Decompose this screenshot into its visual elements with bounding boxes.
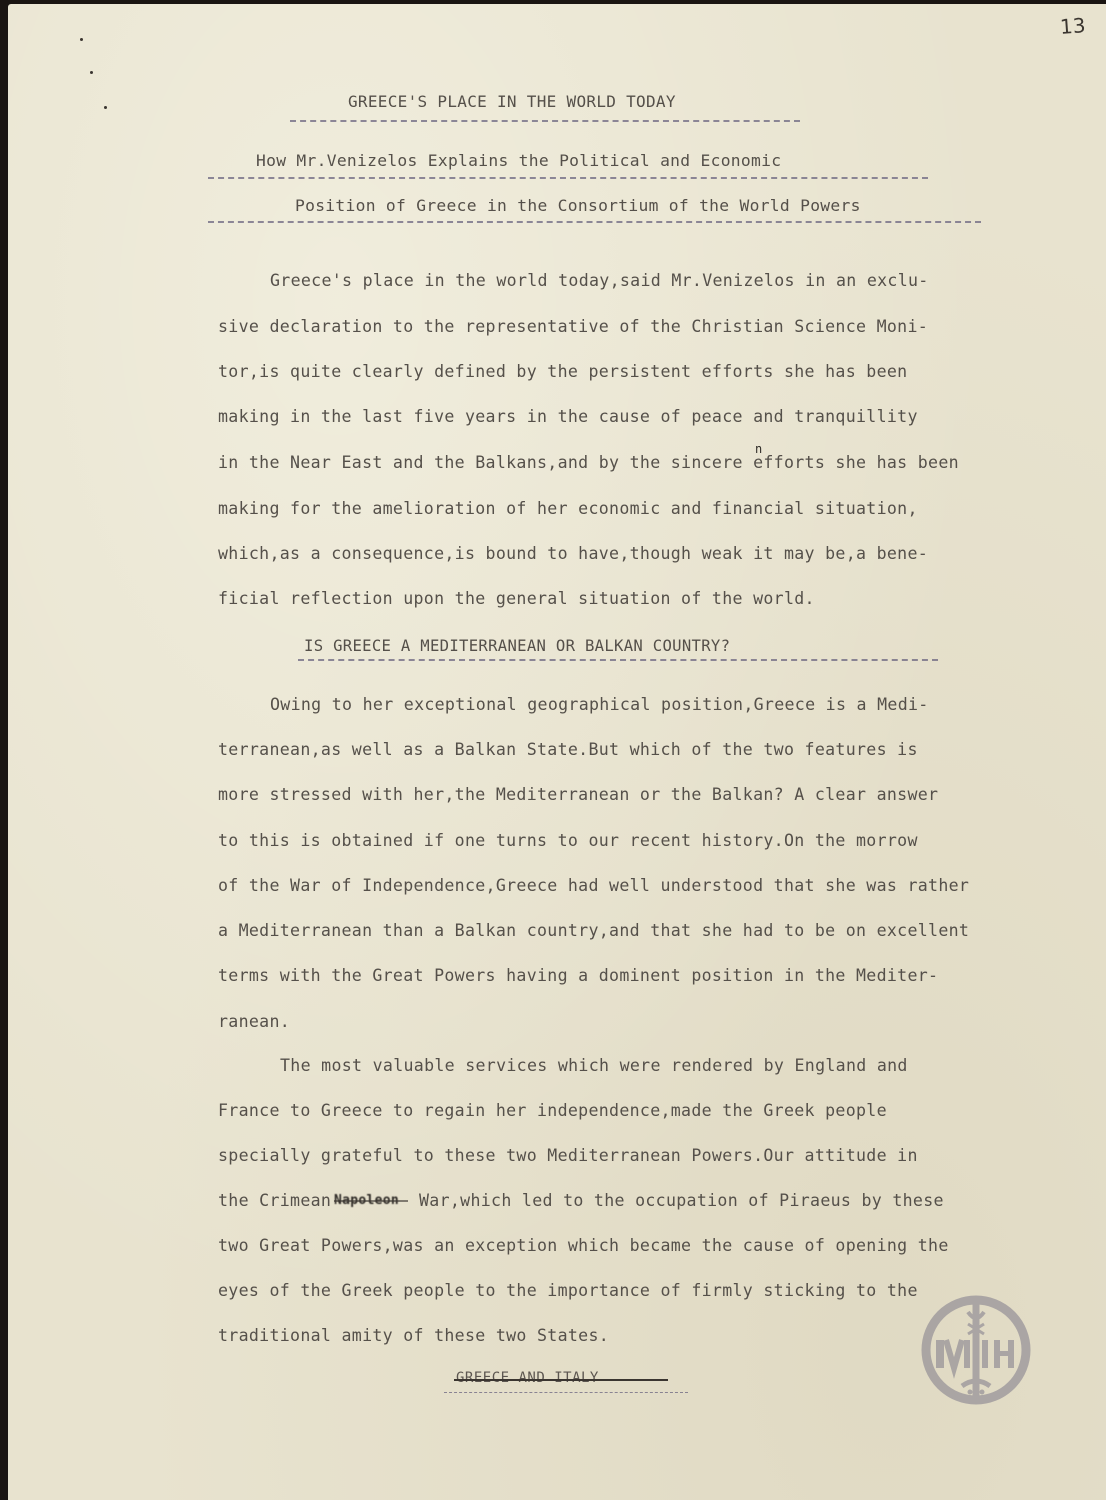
title-underline [290, 120, 800, 122]
paper-speck [90, 71, 93, 74]
paragraph-line: The most valuable services which were re… [280, 1056, 908, 1076]
paragraph-line: traditional amity of these two States. [218, 1326, 609, 1346]
overstrike-mark [334, 1200, 408, 1202]
paragraph-line: tor,is quite clearly defined by the pers… [218, 362, 907, 382]
paragraph-line: Greece's place in the world today,said M… [270, 271, 929, 291]
paragraph-line: making in the last five years in the cau… [218, 407, 918, 427]
document-title: GREECE'S PLACE IN THE WORLD TODAY [348, 92, 676, 112]
section-heading: IS GREECE A MEDITERRANEAN OR BALKAN COUN… [304, 636, 730, 656]
document-page: 13 GREECE'S PLACE IN THE WORLD TODAY How… [8, 4, 1106, 1500]
paragraph-line: eyes of the Greek people to the importan… [218, 1281, 918, 1301]
paragraph-line: War,which led to the occupation of Pirae… [419, 1191, 944, 1211]
subtitle-underline-2 [208, 221, 981, 223]
section-heading-underline [298, 659, 938, 661]
struck-heading-underline [444, 1392, 688, 1393]
paragraph-line: two Great Powers,was an exception which … [218, 1236, 949, 1256]
paragraph-line: which,as a consequence,is bound to have,… [218, 544, 928, 564]
paper-speck [80, 38, 83, 41]
paragraph-line: making for the amelioration of her econo… [218, 499, 918, 519]
paragraph-line: to this is obtained if one turns to our … [218, 831, 918, 851]
subtitle-underline-1 [208, 177, 928, 179]
subtitle-line-2: Position of Greece in the Consortium of … [295, 196, 861, 216]
paragraph-line: ficial reflection upon the general situa… [218, 589, 815, 609]
paragraph-line: France to Greece to regain her independe… [218, 1101, 887, 1121]
paragraph-line: more stressed with her,the Mediterranean… [218, 785, 938, 805]
struck-heading: GREECE AND ITALY [456, 1370, 599, 1386]
paragraph-line: terms with the Great Powers having a dom… [218, 966, 938, 986]
subtitle-line-1: How Mr.Venizelos Explains the Political … [256, 151, 781, 171]
paper-speck [104, 106, 107, 109]
stamp-seal-icon [920, 1294, 1032, 1406]
page-number: 13 [1059, 13, 1086, 39]
paragraph-line: in the Near East and the Balkans,and by … [218, 453, 959, 473]
paragraph-line: of the War of Independence,Greece had we… [218, 876, 969, 896]
strikethrough-line [454, 1379, 668, 1381]
paragraph-line: ranean. [218, 1012, 290, 1032]
handwritten-insertion: n [755, 442, 762, 456]
archive-stamp [920, 1294, 1032, 1406]
paragraph-line: Owing to her exceptional geographical po… [270, 695, 929, 715]
paragraph-line: a Mediterranean than a Balkan country,an… [218, 921, 969, 941]
paragraph-line: terranean,as well as a Balkan State.But … [218, 740, 918, 760]
paragraph-line: specially grateful to these two Mediterr… [218, 1146, 918, 1166]
paragraph-line: sive declaration to the representative o… [218, 317, 928, 337]
paragraph-line: the Crimean [218, 1191, 331, 1211]
